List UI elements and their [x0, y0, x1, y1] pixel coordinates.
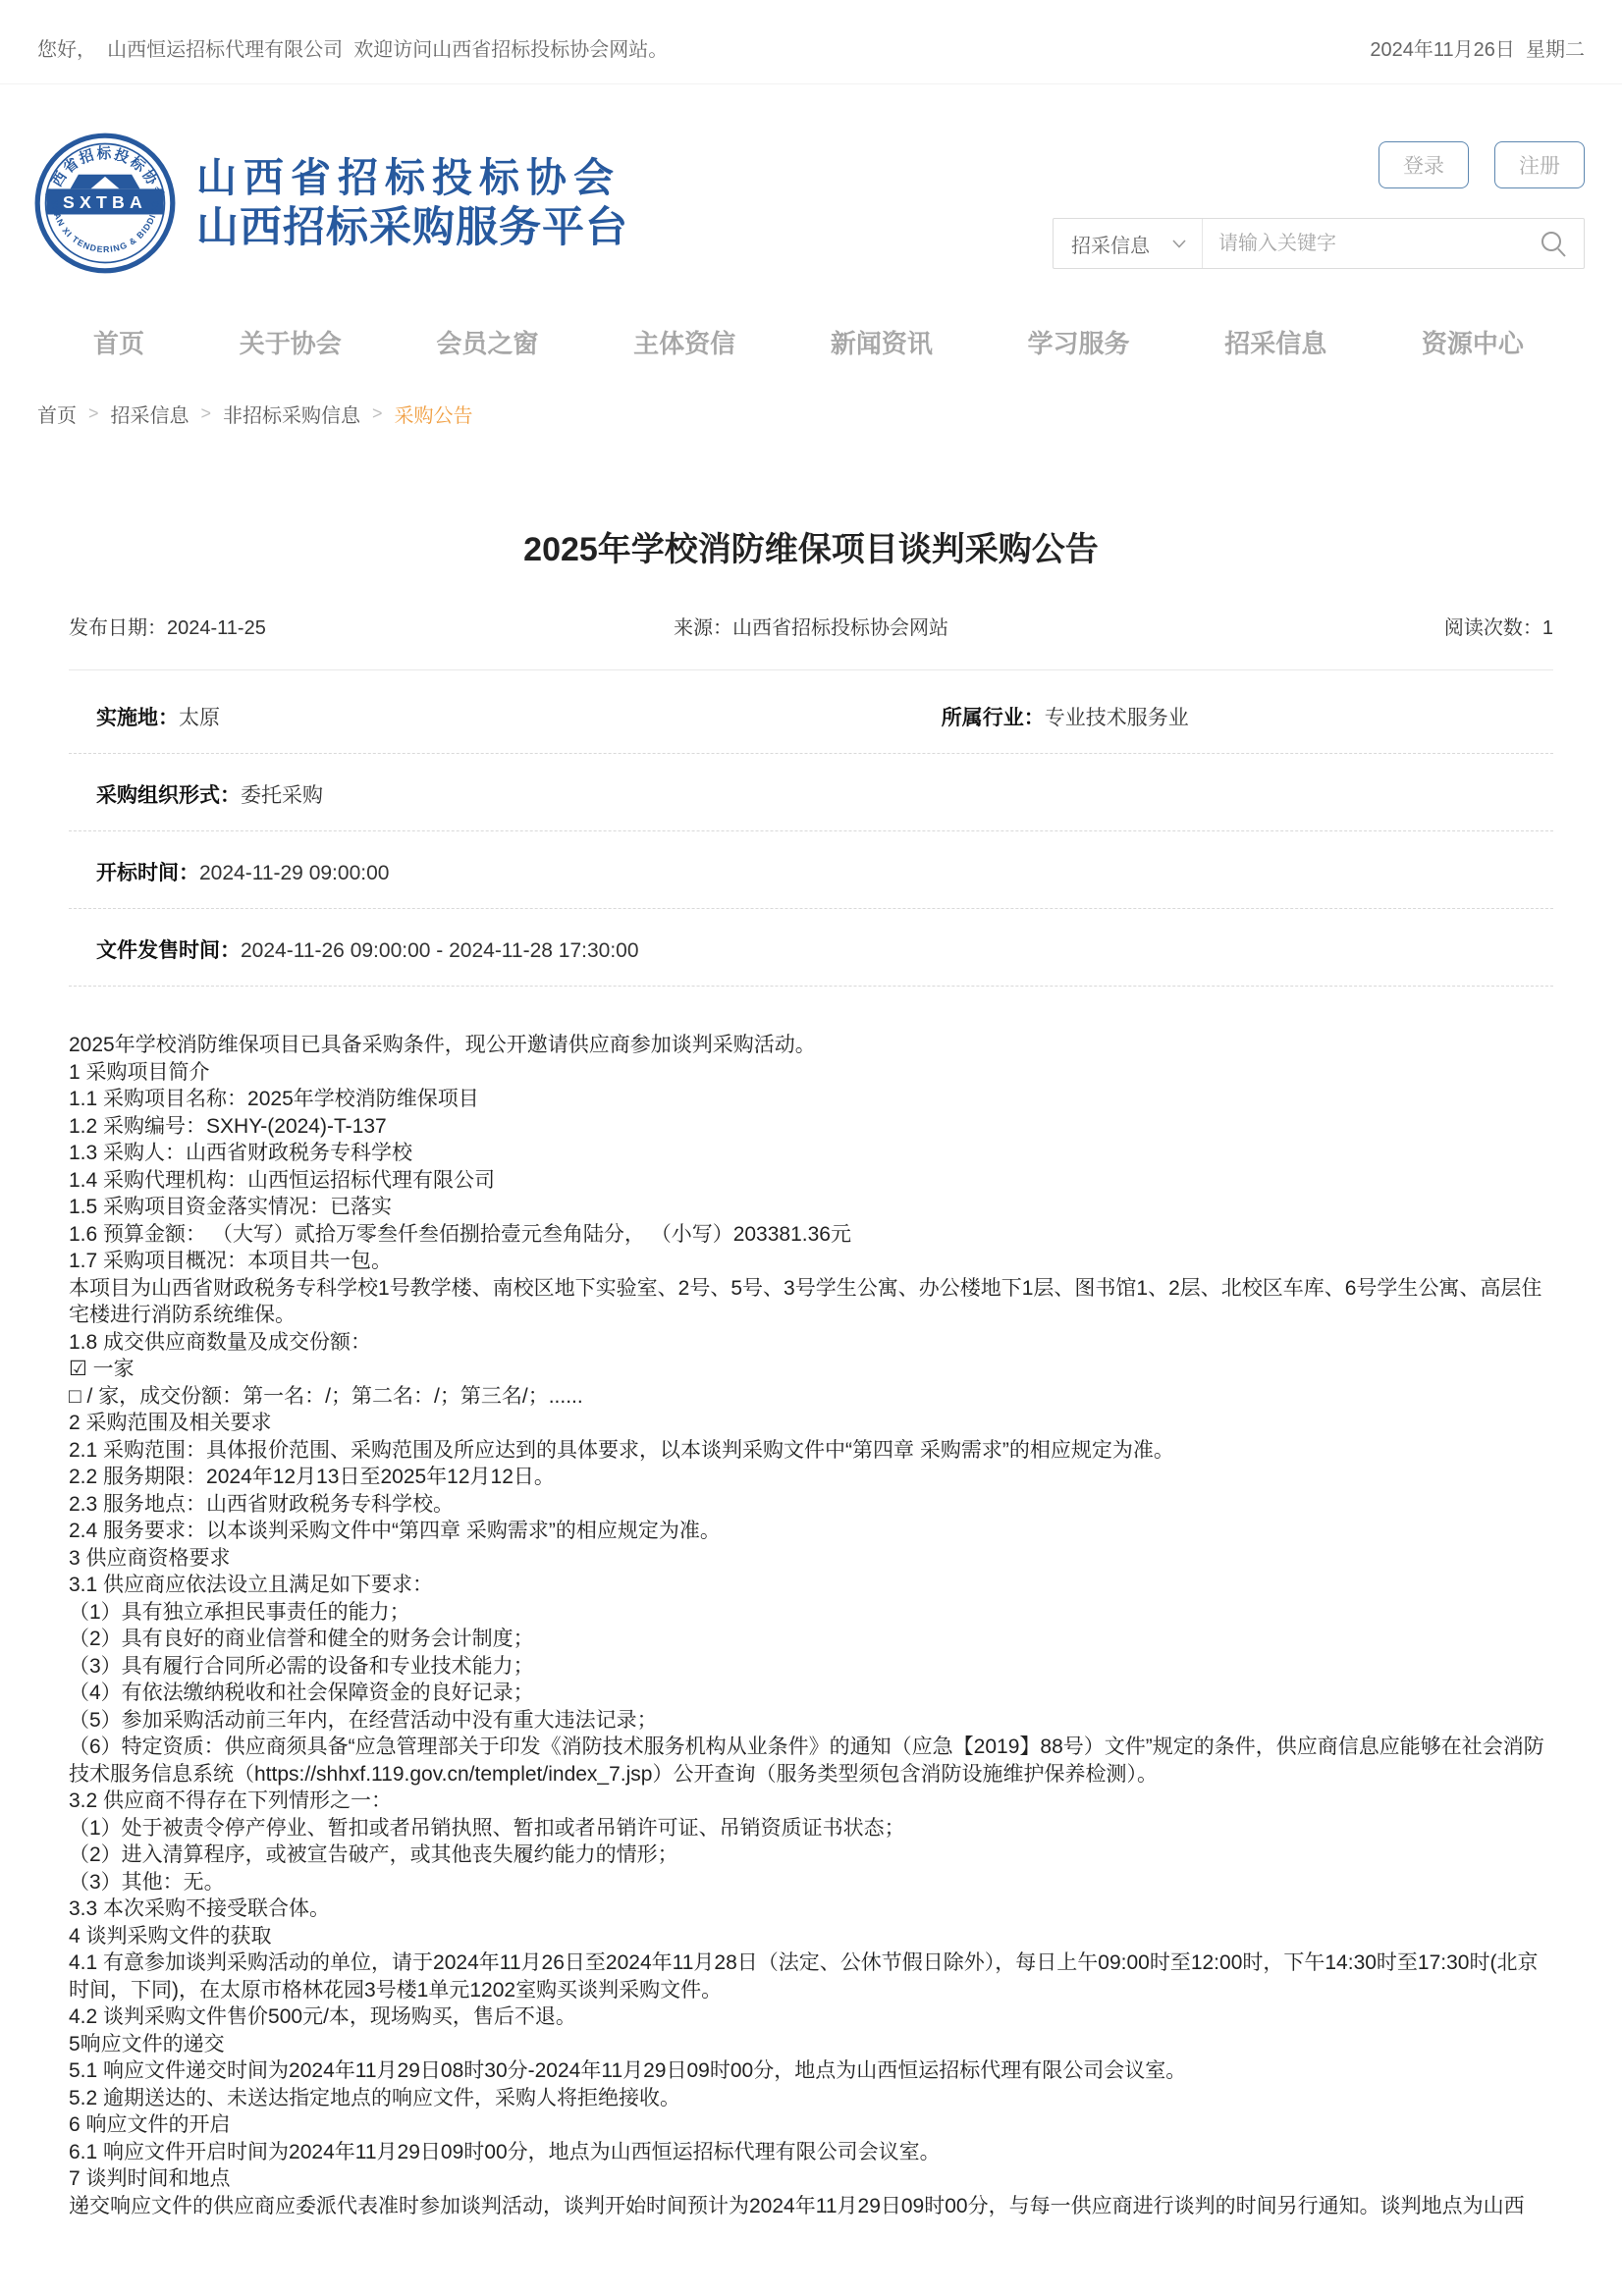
- article-body-line: 1 采购项目简介: [69, 1059, 1557, 1087]
- field-bid-opening-time: 开标时间：2024-11-29 09:00:00: [96, 857, 389, 886]
- article-body-line: 5响应文件的递交: [69, 2031, 1557, 2058]
- page-title: 2025年学校消防维保项目谈判采购公告: [47, 522, 1575, 570]
- login-button[interactable]: 登录: [1379, 141, 1469, 188]
- article-body-line: 1.1 采购项目名称：2025年学校消防维保项目: [69, 1086, 1557, 1113]
- site-header: 山西省招标投标协会 SXTBA SHAN XI TENDERING & BIDD…: [0, 84, 1622, 289]
- topbar-greeting: 您好， 山西恒运招标代理有限公司 欢迎访问山西省招标投标协会网站。: [37, 33, 668, 62]
- field-row-organization-form: 采购组织形式：委托采购: [69, 754, 1553, 831]
- nav-item-3[interactable]: 会员之窗: [436, 324, 538, 360]
- article-body-line: 4.1 有意参加谈判采购活动的单位，请于2024年11月26日至2024年11月…: [69, 1949, 1557, 2003]
- article-body-line: （2）具有良好的商业信誉和健全的财务会计制度；: [69, 1626, 1557, 1653]
- article-body-line: （1）处于被责令停产停业、暂扣或者吊销执照、暂扣或者吊销许可证、吊销资质证书状态…: [69, 1815, 1557, 1842]
- association-logo-icon: 山西省招标投标协会 SXTBA SHAN XI TENDERING & BIDD…: [33, 132, 177, 275]
- brand: 山西省招标投标协会 SXTBA SHAN XI TENDERING & BIDD…: [33, 132, 628, 275]
- article-body-line: 4 谈判采购文件的获取: [69, 1923, 1557, 1950]
- article-body-line: 5.2 逾期送达的、未送达指定地点的响应文件，采购人将拒绝接收。: [69, 2085, 1557, 2112]
- article-body-line: （5）参加采购活动前三年内，在经营活动中没有重大违法记录；: [69, 1707, 1557, 1735]
- article-source: 来源：山西省招标投标协会网站: [674, 612, 948, 640]
- nav-item-2[interactable]: 关于协会: [240, 324, 342, 360]
- breadcrumb-link[interactable]: 首页: [37, 400, 77, 428]
- publish-date: 发布日期：2024-11-25: [69, 612, 266, 640]
- nav-item-7[interactable]: 招采信息: [1224, 324, 1326, 360]
- article-body-line: 递交响应文件的供应商应委派代表准时参加谈判活动，谈判开始时间预计为2024年11…: [69, 2193, 1557, 2220]
- article-body-line: （3）具有履行合同所必需的设备和专业技术能力；: [69, 1653, 1557, 1681]
- article-body-line: （2）进入清算程序，或被宣告破产，或其他丧失履约能力的情形；: [69, 1842, 1557, 1869]
- field-industry: 所属行业：专业技术服务业: [942, 702, 1189, 731]
- article-body-line: 2.2 服务期限：2024年12月13日至2025年12月12日。: [69, 1464, 1557, 1491]
- article-body-line: （4）有依法缴纳税收和社会保障资金的良好记录；: [69, 1680, 1557, 1707]
- field-row-bid-opening-time: 开标时间：2024-11-29 09:00:00: [69, 831, 1553, 909]
- article-body-line: 5.1 响应文件递交时间为2024年11月29日08时30分-2024年11月2…: [69, 2057, 1557, 2085]
- article-body-line: 2 采购范围及相关要求: [69, 1410, 1557, 1437]
- info-fields: 实施地：太原 所属行业：专业技术服务业 采购组织形式：委托采购 开标时间：202…: [69, 676, 1553, 987]
- search-category-label: 招采信息: [1071, 230, 1150, 258]
- article-body-line: 2.1 采购范围：具体报价范围、采购范围及所应达到的具体要求，以本谈判采购文件中…: [69, 1437, 1557, 1465]
- brand-association-name: 山西省招标投标协会: [196, 153, 628, 202]
- article-body-line: 1.4 采购代理机构：山西恒运招标代理有限公司: [69, 1167, 1557, 1195]
- article-body-line: 2025年学校消防维保项目已具备采购条件，现公开邀请供应商参加谈判采购活动。: [69, 1032, 1557, 1059]
- brand-platform-name: 山西招标采购服务平台: [196, 202, 628, 253]
- nav-item-6[interactable]: 学习服务: [1028, 324, 1130, 360]
- field-row-document-sale-time: 文件发售时间：2024-11-26 09:00:00 - 2024-11-28 …: [69, 909, 1553, 987]
- search-input[interactable]: [1203, 219, 1523, 268]
- article-body-line: □ / 家，成交份额：第一名：/；第二名：/；第三名/；......: [69, 1383, 1557, 1411]
- main-nav: 首页关于协会会员之窗主体资信新闻资讯学习服务招采信息资源中心: [0, 289, 1622, 386]
- article-body-line: 6 响应文件的开启: [69, 2111, 1557, 2139]
- article-body-line: 3.3 本次采购不接受联合体。: [69, 1896, 1557, 1923]
- article-body-line: 3.1 供应商应依法设立且满足如下要求：: [69, 1572, 1557, 1599]
- breadcrumb-link[interactable]: 非招标采购信息: [223, 400, 360, 428]
- meta-divider: [69, 669, 1553, 670]
- field-location: 实施地：太原: [96, 702, 942, 731]
- nav-item-1[interactable]: 首页: [93, 324, 144, 360]
- auth-buttons: 登录 注册: [1379, 141, 1585, 188]
- topbar: 您好， 山西恒运招标代理有限公司 欢迎访问山西省招标投标协会网站。 2024年1…: [0, 0, 1622, 84]
- article-body-line: 1.7 采购项目概况：本项目共一包。: [69, 1248, 1557, 1275]
- article-body: 2025年学校消防维保项目已具备采购条件，现公开邀请供应商参加谈判采购活动。1 …: [69, 1032, 1557, 2219]
- logo-abbr-text: SXTBA: [63, 192, 147, 212]
- header-right: 登录 注册 招采信息: [1053, 141, 1585, 275]
- article-body-line: 1.2 采购编号：SXHY-(2024)-T-137: [69, 1113, 1557, 1141]
- article-body-line: 1.6 预算金额： （大写）贰拾万零叁仟叁佰捌拾壹元叁角陆分， （小写）2033…: [69, 1221, 1557, 1249]
- article-body-line: （3）其他：无。: [69, 1869, 1557, 1896]
- chevron-down-icon: [1172, 240, 1186, 248]
- breadcrumb-separator: >: [201, 403, 212, 424]
- article-body-line: ☑ 一家: [69, 1356, 1557, 1383]
- search-button[interactable]: [1523, 219, 1584, 268]
- article-body-line: （6）特定资质：供应商须具备“应急管理部关于印发《消防技术服务机构从业条件》的通…: [69, 1734, 1557, 1788]
- nav-item-5[interactable]: 新闻资讯: [831, 324, 933, 360]
- article-body-line: 1.8 成交供应商数量及成交份额：: [69, 1329, 1557, 1357]
- breadcrumb-link[interactable]: 招采信息: [111, 400, 189, 428]
- article-body-line: 2.3 服务地点：山西省财政税务专科学校。: [69, 1491, 1557, 1519]
- search-category-dropdown[interactable]: 招采信息: [1054, 219, 1203, 268]
- view-count: 阅读次数：1: [1444, 612, 1553, 640]
- breadcrumb-separator: >: [88, 403, 99, 424]
- article-body-line: 1.5 采购项目资金落实情况：已落实: [69, 1194, 1557, 1221]
- nav-item-8[interactable]: 资源中心: [1422, 324, 1524, 360]
- register-button[interactable]: 注册: [1494, 141, 1585, 188]
- field-document-sale-time: 文件发售时间：2024-11-26 09:00:00 - 2024-11-28 …: [96, 934, 639, 964]
- article-body-line: 4.2 谈判采购文件售价500元/本，现场购买，售后不退。: [69, 2003, 1557, 2031]
- article-body-line: 3 供应商资格要求: [69, 1545, 1557, 1573]
- article: 2025年学校消防维保项目谈判采购公告 发布日期：2024-11-25 来源：山…: [0, 522, 1622, 2219]
- article-meta: 发布日期：2024-11-25 来源：山西省招标投标协会网站 阅读次数：1: [69, 612, 1553, 640]
- brand-text: 山西省招标投标协会 山西招标采购服务平台: [196, 153, 628, 253]
- article-body-line: 6.1 响应文件开启时间为2024年11月29日09时00分，地点为山西恒运招标…: [69, 2139, 1557, 2166]
- article-body-line: 本项目为山西省财政税务专科学校1号教学楼、南校区地下实验室、2号、5号、3号学生…: [69, 1275, 1557, 1329]
- search-bar: 招采信息: [1053, 218, 1585, 269]
- search-icon: [1539, 229, 1568, 258]
- article-body-line: 1.3 采购人：山西省财政税务专科学校: [69, 1140, 1557, 1167]
- article-body-line: 3.2 供应商不得存在下列情形之一：: [69, 1788, 1557, 1815]
- nav-item-4[interactable]: 主体资信: [633, 324, 735, 360]
- field-organization-form: 采购组织形式：委托采购: [96, 779, 323, 809]
- article-body-line: 2.4 服务要求：以本谈判采购文件中“第四章 采购需求”的相应规定为准。: [69, 1518, 1557, 1545]
- breadcrumb-separator: >: [372, 403, 383, 424]
- breadcrumb: 首页>招采信息>非招标采购信息>采购公告: [0, 386, 1622, 428]
- field-row-location-industry: 实施地：太原 所属行业：专业技术服务业: [69, 676, 1553, 754]
- article-body-line: 7 谈判时间和地点: [69, 2165, 1557, 2193]
- breadcrumb-current: 采购公告: [395, 400, 473, 428]
- article-body-line: （1）具有独立承担民事责任的能力；: [69, 1599, 1557, 1627]
- topbar-date: 2024年11月26日 星期二: [1370, 33, 1585, 62]
